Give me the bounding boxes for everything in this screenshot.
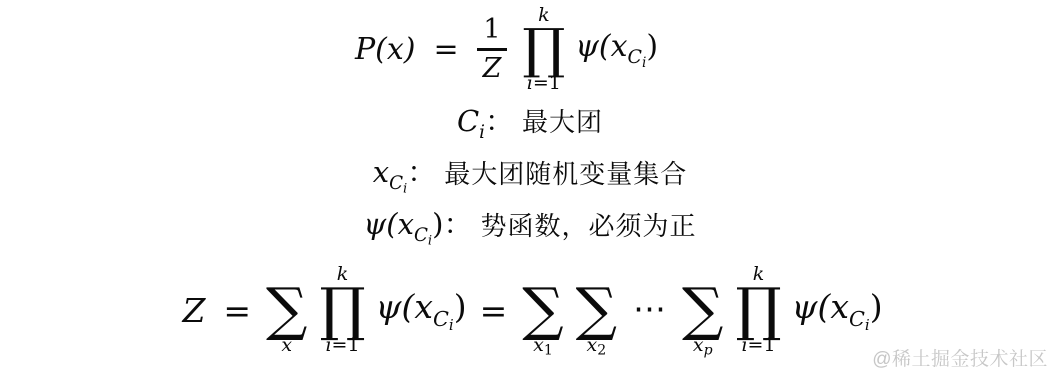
sum-over-x2: ∑ x2	[576, 263, 617, 357]
fraction-numerator: 1	[477, 16, 506, 44]
sum-over-x: ∑ x	[266, 263, 307, 357]
product-lower-limit: i=1	[527, 71, 561, 95]
psi-term: ψ(xCi)	[575, 32, 658, 71]
product-lower-limit: i=1	[741, 333, 775, 357]
sum-lower-limit: x	[281, 333, 292, 357]
sum-lower-limit: x1	[533, 333, 553, 357]
Ci-symbol: Ci：	[457, 107, 514, 142]
watermark: @稀土掘金技术社区	[872, 344, 1048, 371]
sum-over-xp: ∑ xp	[682, 263, 723, 357]
definition-potential-function-label: 势函数，必须为正	[480, 214, 696, 240]
equals-sign: =	[480, 294, 508, 327]
cdots-ellipsis: ⋯	[633, 292, 666, 325]
equals-sign: =	[433, 35, 458, 65]
P-of-x: P(x)	[355, 35, 416, 65]
formula-joint-probability: P(x) = 1 Z k ∏ i=1 ψ(xCi)	[0, 1, 1034, 98]
colon: ：	[407, 155, 436, 189]
definition-clique-label: 最大团	[522, 110, 603, 136]
fraction-bar	[477, 48, 508, 51]
product-operator: k ∏ i=1	[319, 263, 365, 357]
sum-icon: ∑	[682, 285, 723, 333]
definition-clique-variables-label: 最大团随机变量集合	[444, 162, 687, 188]
product-operator: k ∏ i=1	[522, 4, 565, 95]
sum-lower-limit: x2	[587, 333, 607, 357]
definition-clique: Ci： 最大团	[0, 99, 1060, 146]
psi-symbol: ψ(xCi)：	[364, 210, 473, 248]
colon: ：	[443, 207, 472, 241]
sum-icon: ∑	[266, 285, 307, 333]
definition-potential-function: ψ(xCi)： 势函数，必须为正	[0, 199, 1060, 254]
sum-icon: ∑	[576, 285, 617, 333]
product-lower-limit: i=1	[325, 333, 359, 357]
fraction-one-over-Z: 1 Z	[477, 16, 508, 84]
equals-sign: =	[223, 294, 251, 327]
psi-term: ψ(xCi)	[376, 290, 467, 333]
product-icon: ∏	[319, 285, 365, 333]
sum-over-x1: ∑ x1	[522, 263, 563, 357]
product-icon: ∏	[522, 26, 565, 71]
xCi-symbol: xCi：	[373, 158, 437, 196]
sum-lower-limit: xp	[693, 333, 713, 357]
formula-page: P(x) = 1 Z k ∏ i=1 ψ(xCi) Ci： 最大团 xCi： 最…	[0, 0, 1060, 382]
fraction-denominator: Z	[477, 55, 508, 83]
definition-clique-variables: xCi： 最大团随机变量集合	[0, 149, 1060, 200]
colon: ：	[485, 104, 514, 138]
Z-symbol: Z	[182, 294, 205, 327]
product-icon: ∏	[735, 285, 781, 333]
product-operator: k ∏ i=1	[735, 263, 781, 357]
psi-term: ψ(xCi)	[792, 290, 883, 333]
sum-icon: ∑	[522, 285, 563, 333]
